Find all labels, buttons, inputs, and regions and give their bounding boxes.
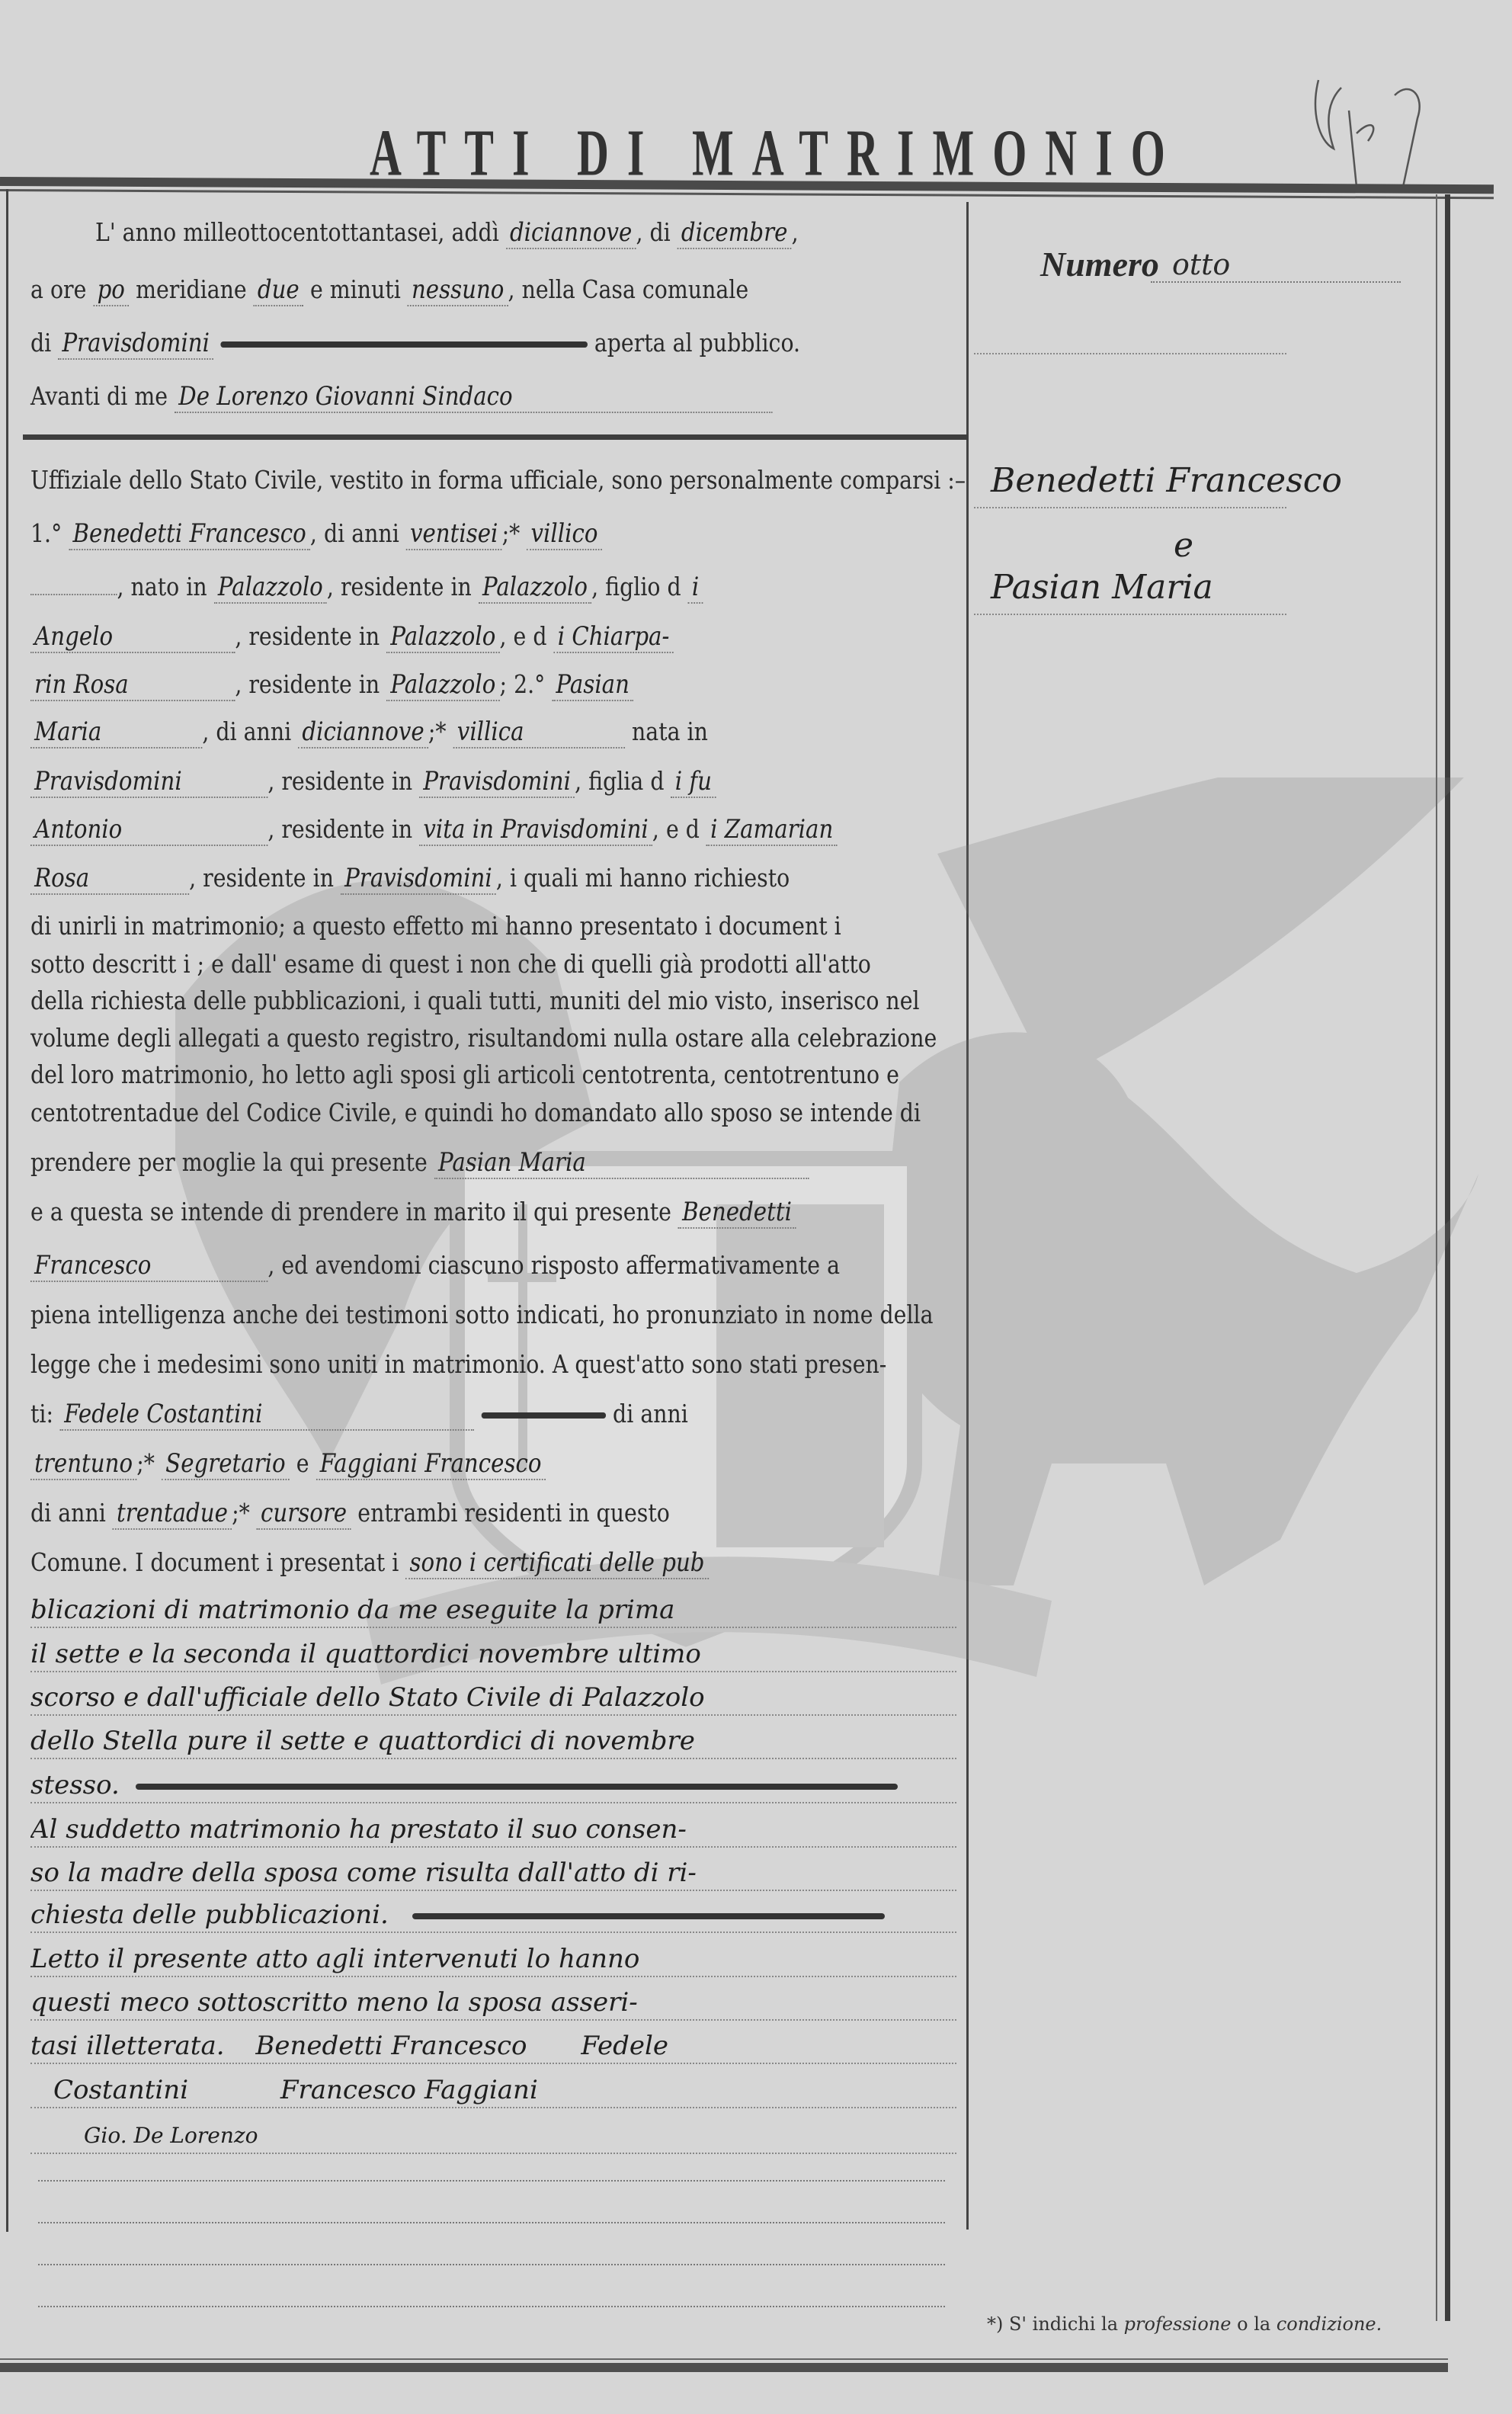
line-date: L' anno milleottocentottantasei, addì di… bbox=[95, 217, 1020, 249]
bottom-border-thin-rule bbox=[0, 2358, 1448, 2360]
handwritten-note-line: scorso e dall'ufficiale dello Stato Civi… bbox=[30, 1681, 956, 1716]
body-text-line: piena intelligenza anche dei testimoni s… bbox=[30, 1300, 955, 1330]
witness2-name-field: Faggiani Francesco bbox=[316, 1448, 546, 1480]
officer-field: De Lorenzo Giovanni Sindaco bbox=[175, 381, 772, 413]
bottom-border-rule bbox=[0, 2363, 1448, 2372]
signature-groom: Benedetti Francesco bbox=[255, 2031, 527, 2061]
body-text-line: di unirli in matrimonio; a questo effett… bbox=[30, 911, 955, 941]
signature-line: Costantini Francesco Faggiani bbox=[30, 2073, 956, 2108]
documents-description-field: sono i certificati delle pub bbox=[405, 1547, 708, 1579]
empty-dotted-line bbox=[38, 2222, 945, 2223]
month-field: dicembre bbox=[678, 217, 792, 249]
empty-dotted-line bbox=[38, 2264, 945, 2265]
line-time: a ore po meridiane due e minuti nessuno,… bbox=[30, 274, 955, 306]
line-witness1: ti: Fedele Costantini di anni bbox=[30, 1399, 955, 1431]
record-number-label: Numero bbox=[1040, 244, 1159, 284]
column-divider bbox=[966, 202, 969, 2230]
sidebar-dotted-line bbox=[974, 353, 1286, 354]
handwritten-note-line: Al suddetto matrimonio ha prestato il su… bbox=[30, 1813, 956, 1848]
bride-present-field: Pasian Maria bbox=[434, 1147, 809, 1179]
body-text-line: del loro matrimonio, ho letto agli sposi… bbox=[30, 1060, 955, 1090]
hour-field: due bbox=[254, 274, 303, 306]
groom-mother-residence-field: Palazzolo bbox=[386, 669, 499, 701]
signature-witness1-first: Fedele bbox=[581, 2031, 668, 2061]
bride-birthplace-field: Pravisdomini bbox=[30, 766, 267, 798]
line-bride-mother: Rosa, residente in Pravisdomini, i quali… bbox=[30, 863, 955, 895]
signature-line: Gio. De Lorenzo bbox=[30, 2117, 956, 2154]
empty-dotted-line bbox=[38, 2306, 945, 2307]
line-bride-consent: prendere per moglie la qui presente Pasi… bbox=[30, 1147, 955, 1179]
line-documents: Comune. I document i presentat i sono i … bbox=[30, 1547, 955, 1579]
filler-stroke bbox=[220, 341, 588, 348]
record-number-value: otto bbox=[1151, 248, 1401, 283]
handwritten-note-line: chiesta delle pubblicazioni. bbox=[30, 1898, 956, 1933]
handwritten-note-line: tasi illetterata. Benedetti Francesco Fe… bbox=[30, 2029, 956, 2064]
bride-first-name-field: Maria bbox=[30, 717, 202, 749]
filler-stroke bbox=[136, 1784, 898, 1790]
handwritten-note-line: dello Stella pure il sette e quattordici… bbox=[30, 1724, 956, 1759]
handwritten-note-line: blicazioni di matrimonio da me eseguite … bbox=[30, 1593, 956, 1628]
line-bride: Maria, di anni diciannove;* villica nata… bbox=[30, 717, 955, 749]
day-field: diciannove bbox=[506, 217, 636, 249]
sidebar-bride-name: Pasian Maria bbox=[991, 568, 1433, 607]
left-frame-line bbox=[6, 189, 8, 2232]
groom-mother-field: i Chiarpa- bbox=[554, 621, 674, 653]
groom-residence-field: Palazzolo bbox=[479, 572, 591, 604]
handwritten-note-line: il sette e la seconda il quattordici nov… bbox=[30, 1637, 956, 1672]
filler-stroke bbox=[482, 1412, 606, 1419]
witness2-age-field: trentadue bbox=[113, 1498, 232, 1530]
witness2-profession-field: cursore bbox=[257, 1498, 351, 1530]
filler-stroke bbox=[412, 1913, 885, 1919]
handwritten-note-line: stesso. bbox=[30, 1768, 956, 1803]
right-frame-line bbox=[1445, 194, 1450, 2321]
body-text-line: centotrentadue del Codice Civile, e quin… bbox=[30, 1098, 955, 1128]
line-bride-father: Antonio, residente in vita in Pravisdomi… bbox=[30, 814, 955, 846]
witness1-profession-field: Segretario bbox=[162, 1448, 290, 1480]
sidebar-dotted-line bbox=[974, 614, 1286, 615]
signature-witness2: Francesco Faggiani bbox=[280, 2075, 538, 2105]
witness1-name-field: Fedele Costantini bbox=[60, 1399, 475, 1431]
bride-profession-field: villica bbox=[453, 717, 625, 749]
handwritten-note-line: Letto il presente atto agli intervenuti … bbox=[30, 1942, 956, 1977]
body-text-line: della richiesta delle pubblicazioni, i q… bbox=[30, 986, 955, 1016]
groom-father-field: Angelo bbox=[30, 621, 235, 653]
line-groom-mother: rin Rosa, residente in Palazzolo; 2.° Pa… bbox=[30, 669, 955, 701]
line-groom-father: Angelo, residente in Palazzolo, e d i Ch… bbox=[30, 621, 955, 653]
commune-field: Pravisdomini bbox=[58, 328, 213, 360]
groom-father-residence-field: Palazzolo bbox=[386, 621, 499, 653]
line-intro: Uffiziale dello Stato Civile, vestito in… bbox=[30, 465, 955, 495]
groom-age-field: ventisei bbox=[406, 518, 502, 550]
groom-name-field: Benedetti Francesco bbox=[69, 518, 310, 550]
witness1-age-field: trentuno bbox=[30, 1448, 136, 1480]
line-witness2-details: di anni trentadue;* cursore entrambi res… bbox=[30, 1498, 955, 1530]
bride-mother-field: i Zamarian bbox=[706, 814, 837, 846]
signature-witness1-last: Costantini bbox=[53, 2075, 188, 2105]
line-affirmation: Francesco, ed avendomi ciascuno risposto… bbox=[30, 1250, 955, 1282]
empty-dotted-line bbox=[38, 2180, 945, 2182]
line-bride-origin: Pravisdomini, residente in Pravisdomini,… bbox=[30, 766, 955, 798]
section-divider-rule bbox=[23, 434, 968, 440]
handwritten-note-line: so la madre della sposa come risulta dal… bbox=[30, 1856, 956, 1891]
right-frame-thin-line bbox=[1436, 194, 1437, 2321]
line-officer: Avanti di me De Lorenzo Giovanni Sindaco bbox=[30, 381, 955, 413]
line-groom-consent: e a questa se intende di prendere in mar… bbox=[30, 1197, 955, 1229]
sidebar-conjunction: e bbox=[1174, 526, 1512, 565]
sidebar-dotted-line bbox=[974, 507, 1286, 508]
groom-birthplace-field: Palazzolo bbox=[214, 572, 327, 604]
bride-surname-field: Pasian bbox=[552, 669, 633, 701]
line-groom: 1.° Benedetti Francesco, di anni ventise… bbox=[30, 518, 955, 550]
body-text-line: sotto descritt i ; e dall' esame di ques… bbox=[30, 949, 955, 979]
sidebar-groom-name: Benedetti Francesco bbox=[991, 461, 1433, 500]
ampm-field: po bbox=[93, 274, 129, 306]
groom-profession-field: villico bbox=[527, 518, 601, 550]
handwritten-note-line: questi meco sottoscritto meno la sposa a… bbox=[30, 1986, 956, 2021]
line-groom-origin: , nato in Palazzolo, residente in Palazz… bbox=[30, 572, 955, 604]
groom-present-field: Benedetti bbox=[678, 1197, 796, 1229]
line-witness2: trentuno;* Segretario e Faggiani Frances… bbox=[30, 1448, 955, 1480]
bride-father-residence-field: vita in Pravisdomini bbox=[419, 814, 652, 846]
corner-annotation-mark bbox=[1311, 65, 1486, 194]
bride-residence-field: Pravisdomini bbox=[419, 766, 575, 798]
signature-officer: Gio. De Lorenzo bbox=[84, 2123, 258, 2148]
body-text-line: volume degli allegati a questo registro,… bbox=[30, 1023, 955, 1053]
body-text-line: legge che i medesimi sono uniti in matri… bbox=[30, 1349, 955, 1380]
footnote: *) S' indichi la professione o la condiz… bbox=[987, 2313, 1382, 2335]
bride-age-field: diciannove bbox=[298, 717, 428, 749]
line-place: di Pravisdomini aperta al pubblico. bbox=[30, 328, 955, 360]
bride-mother-residence-field: Pravisdomini bbox=[341, 863, 496, 895]
minutes-field: nessuno bbox=[408, 274, 508, 306]
bride-father-field: Antonio bbox=[30, 814, 267, 846]
